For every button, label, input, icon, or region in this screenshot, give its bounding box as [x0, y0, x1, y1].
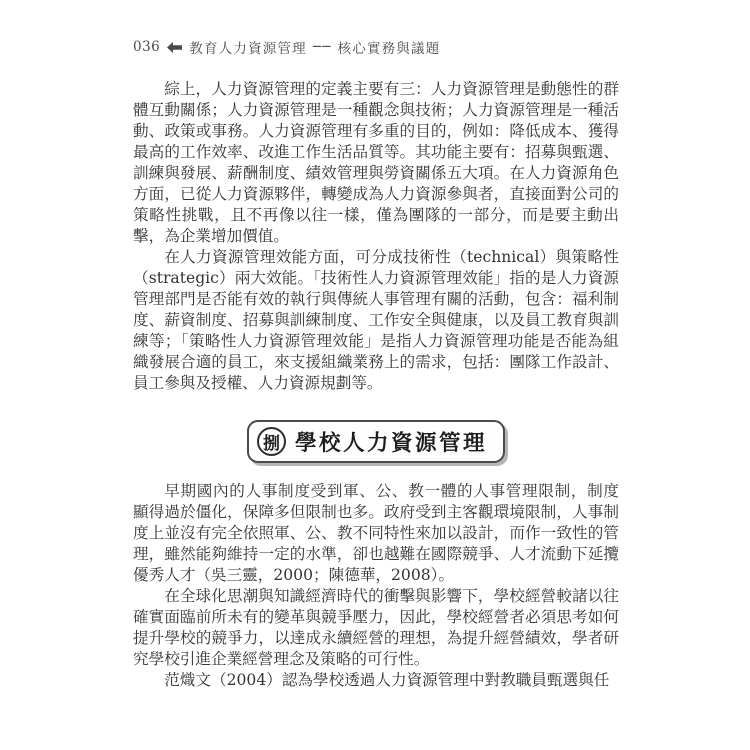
page-body: 綜上，人力資源管理的定義主要有三：人力資源管理是動態性的群體互動關係；人力資源管… [133, 79, 619, 691]
text-line: 策略性挑戰，且不再像以往一樣，僅為團隊的一部分，而是要主動出 [133, 205, 619, 226]
text-line: 在人力資源管理效能方面，可分成技術性（technical）與策略性 [133, 247, 619, 268]
text-line: 在全球化思潮與知識經濟時代的衝擊與影響下，學校經營較諸以往 [133, 586, 619, 607]
text-line: 方面，已從人力資源夥伴，轉變成為人力資源參與者，直接面對公司的 [133, 184, 619, 205]
paragraph-group-before-heading: 綜上，人力資源管理的定義主要有三：人力資源管理是動態性的群體互動關係；人力資源管… [133, 79, 619, 394]
text-line: 動、政策或事務。人力資源管理有多重的目的，例如：降低成本、獲得 [133, 121, 619, 142]
text-line: 體互動關係；人力資源管理是一種觀念與技術；人力資源管理是一種活 [133, 100, 619, 121]
text-line: 度、薪資制度、招募與訓練制度、工作安全與健康，以及員工教育與訓 [133, 310, 619, 331]
text-line: 最高的工作效率、改進工作生活品質等。其功能主要有：招募與甄選、 [133, 142, 619, 163]
text-line: 究學校引進企業經營理念及策略的可行性。 [133, 649, 619, 670]
book-title: 教育人力資源管理 [189, 37, 307, 57]
paragraph: 早期國內的人事制度受到軍、公、教一體的人事管理限制，制度顯得過於僵化，保障多但限… [133, 481, 619, 586]
title-separator: ── [313, 39, 332, 55]
section-title: 學校人力資源管理 [295, 426, 487, 457]
paragraph-group-after-heading: 早期國內的人事制度受到軍、公、教一體的人事管理限制，制度顯得過於僵化，保障多但限… [133, 481, 619, 691]
text-line: 管理部門是否能有效的執行與傳統人事管理有關的活動，包含：福利制 [133, 289, 619, 310]
text-line: 范熾文（2004）認為學校透過人力資源管理中對教職員甄選與任 [133, 670, 619, 691]
text-line: 提升學校的競爭力，以達成永續經營的理想，為提升經營績效，學者研 [133, 628, 619, 649]
section-heading-box: 捌 學校人力資源管理 [247, 420, 505, 463]
text-line: （strategic）兩大效能。「技術性人力資源管理效能」指的是人力資源 [133, 268, 619, 289]
paragraph: 在人力資源管理效能方面，可分成技術性（technical）與策略性（strate… [133, 247, 619, 394]
paragraph: 范熾文（2004）認為學校透過人力資源管理中對教職員甄選與任 [133, 670, 619, 691]
text-line: 練等；「策略性人力資源管理效能」是指人力資源管理功能是否能為組 [133, 331, 619, 352]
text-line: 確實面臨前所未有的變革與競爭壓力，因此，學校經營者必須思考如何 [133, 607, 619, 628]
chapter-subtitle: 核心實務與議題 [338, 37, 441, 57]
text-line: 擊，為企業增加價值。 [133, 226, 619, 247]
page-number: 036 [133, 39, 160, 55]
text-line: 綜上，人力資源管理的定義主要有三：人力資源管理是動態性的群 [133, 79, 619, 100]
text-line: 員工參與及授權、人力資源規劃等。 [133, 373, 619, 394]
section-number-badge: 捌 [257, 427, 286, 456]
text-line: 度上並沒有完全依照軍、公、教不同特性來加以設計，而作一致性的管 [133, 523, 619, 544]
page-header: 036 教育人力資源管理 ── 核心實務與議題 [133, 37, 440, 57]
text-line: 理，雖然能夠維持一定的水準，卻也越難在國際競爭、人才流動下延攬 [133, 544, 619, 565]
text-line: 優秀人才（吳三靈，2000；陳德華，2008）。 [133, 565, 619, 586]
text-line: 顯得過於僵化，保障多但限制也多。政府受到主客觀環境限制，人事制 [133, 502, 619, 523]
text-line: 織發展合適的員工，來支援組織業務上的需求，包括：團隊工作設計、 [133, 352, 619, 373]
paragraph: 在全球化思潮與知識經濟時代的衝擊與影響下，學校經營較諸以往確實面臨前所未有的變革… [133, 586, 619, 670]
paragraph: 綜上，人力資源管理的定義主要有三：人力資源管理是動態性的群體互動關係；人力資源管… [133, 79, 619, 247]
text-line: 訓練與發展、薪酬制度、績效管理與勞資關係五大項。在人力資源角色 [133, 163, 619, 184]
left-arrow-icon [167, 42, 182, 53]
text-line: 早期國內的人事制度受到軍、公、教一體的人事管理限制，制度 [133, 481, 619, 502]
